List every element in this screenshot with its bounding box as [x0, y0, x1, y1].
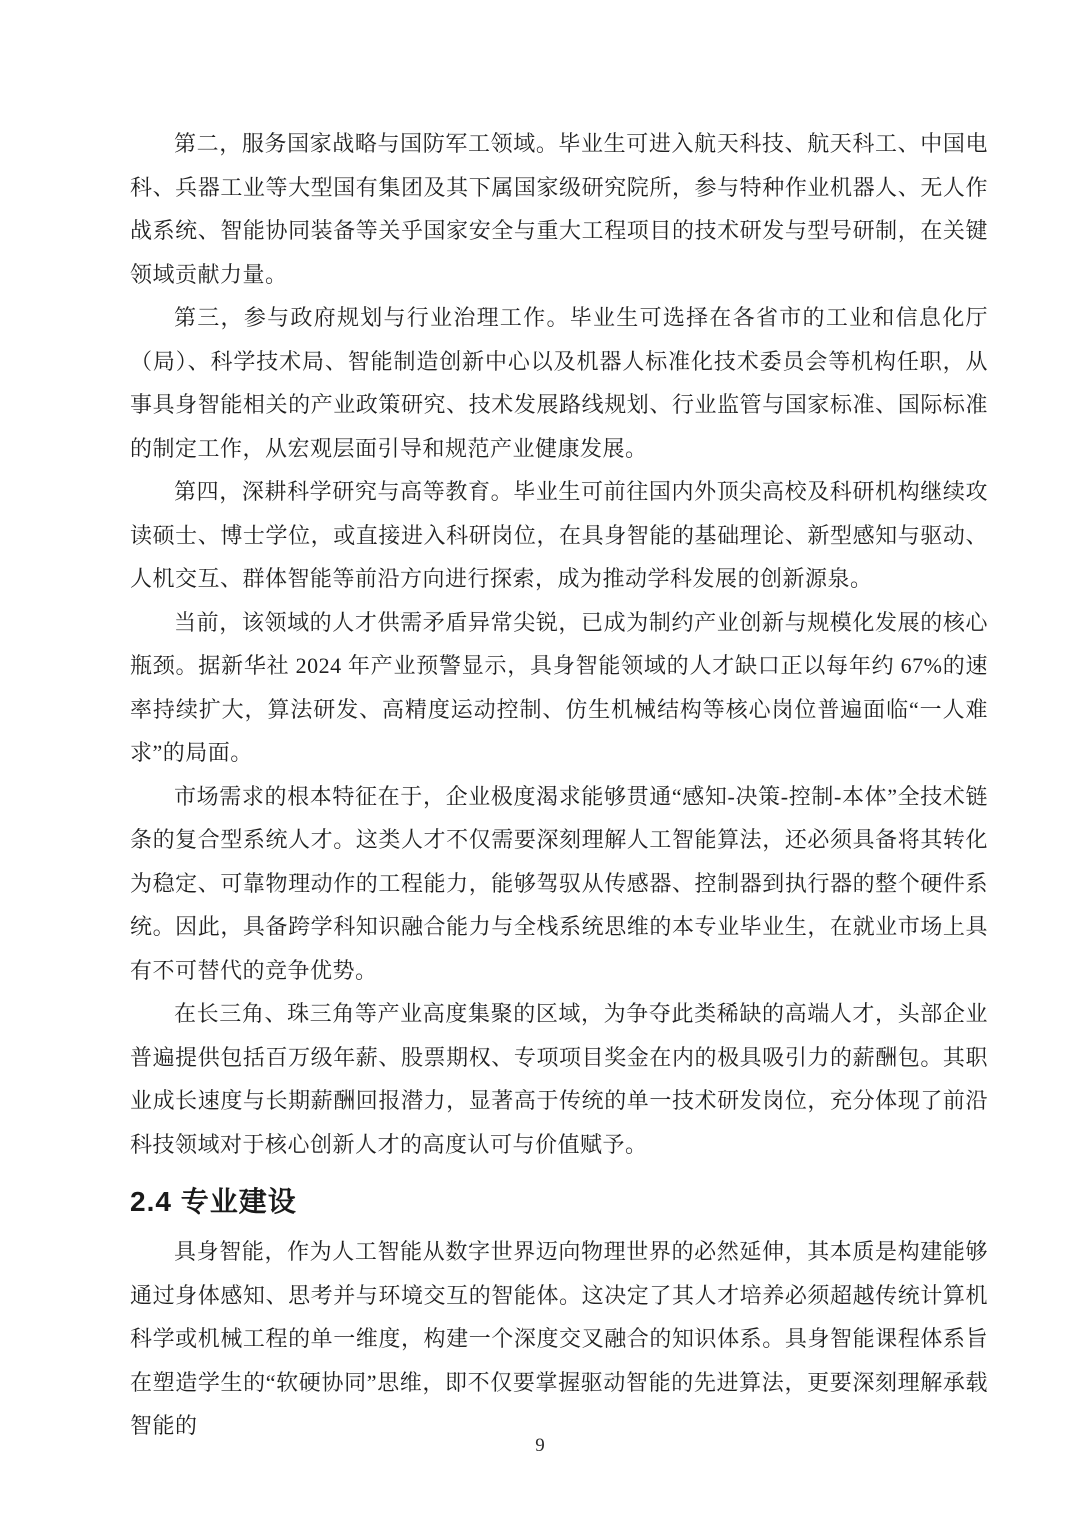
paragraph-regional-salary: 在长三角、珠三角等产业高度集聚的区域，为争夺此类稀缺的高端人才，头部企业普遍提供…	[130, 992, 988, 1166]
page-content: 第二，服务国家战略与国防军工领域。毕业生可进入航天科技、航天科工、中国电科、兵器…	[130, 122, 988, 1448]
page-number: 9	[535, 1435, 545, 1456]
paragraph-career-defense: 第二，服务国家战略与国防军工领域。毕业生可进入航天科技、航天科工、中国电科、兵器…	[130, 122, 988, 296]
paragraph-career-research: 第四，深耕科学研究与高等教育。毕业生可前往国内外顶尖高校及科研机构继续攻读硕士、…	[130, 470, 988, 601]
document-page: 第二，服务国家战略与国防军工领域。毕业生可进入航天科技、航天科工、中国电科、兵器…	[0, 0, 1080, 1527]
paragraph-major-construction: 具身智能，作为人工智能从数字世界迈向物理世界的必然延伸，其本质是构建能够通过身体…	[130, 1230, 988, 1448]
section-heading: 2.4 专业建设	[130, 1182, 988, 1222]
paragraph-talent-gap: 当前，该领域的人才供需矛盾异常尖锐，已成为制约产业创新与规模化发展的核心瓶颈。据…	[130, 601, 988, 775]
paragraph-career-government: 第三，参与政府规划与行业治理工作。毕业生可选择在各省市的工业和信息化厅（局）、科…	[130, 296, 988, 470]
paragraph-market-demand: 市场需求的根本特征在于，企业极度渴求能够贯通“感知-决策-控制-本体”全技术链条…	[130, 775, 988, 993]
page-footer: 9	[0, 1435, 1080, 1457]
